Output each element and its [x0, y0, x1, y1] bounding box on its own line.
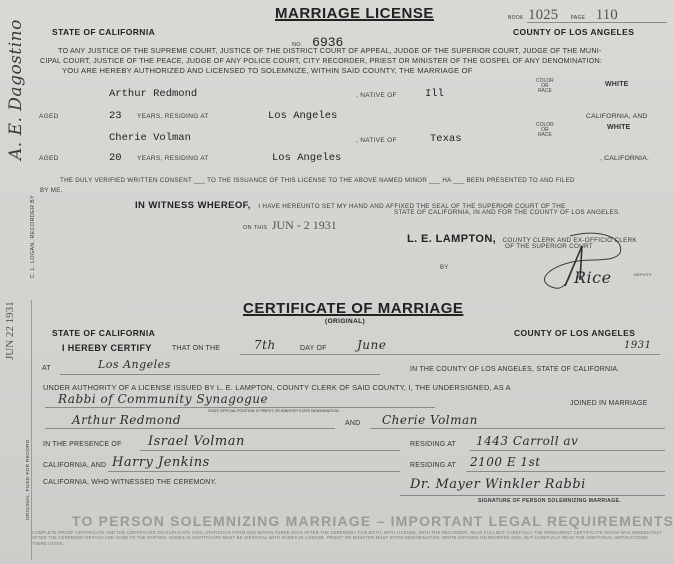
county-state-text: IN THE COUNTY OF LOS ANGELES, STATE OF C…: [410, 366, 619, 373]
joined-label: JOINED IN MARRIAGE: [570, 400, 648, 407]
bride-native-label: , NATIVE OF: [356, 137, 397, 144]
officiant-signature-line: [400, 495, 665, 496]
certificate-subtitle: (ORIGINAL): [325, 318, 365, 325]
and-label: AND: [345, 420, 360, 427]
margin-recorded-by: C. L. LOGAN, RECORDER BY: [30, 195, 36, 278]
day-of-label: DAY OF: [300, 345, 327, 352]
officiant-role: Rabbi of Community Synagogue: [58, 392, 268, 406]
bride-native-of: Texas: [430, 133, 462, 145]
book-value: 1025: [528, 7, 558, 23]
margin-filed-label: ORIGINAL, FILED FOR RECORD: [26, 439, 31, 520]
certify-month: June: [357, 338, 386, 352]
on-this-label: ON THIS: [243, 225, 267, 231]
margin-recorder-signature: A. E. Dagostino: [6, 19, 26, 160]
license-title: MARRIAGE LICENSE: [275, 5, 434, 22]
deputy-signature: Rice: [574, 268, 612, 287]
issue-date-row: ON THIS JUN - 2 1931: [243, 216, 337, 234]
witness2-name: Harry Jenkins: [112, 455, 210, 470]
groom-name: Arthur Redmond: [109, 88, 197, 100]
bride-color-race-label: COLORORRACE: [536, 123, 554, 138]
witness-whereof-bold: IN WITNESS WHEREOF,: [135, 200, 251, 211]
presence-label: IN THE PRESENCE OF: [43, 441, 122, 448]
preamble-line-1: To Any Justice of the Supreme Court, Jus…: [58, 46, 602, 55]
officiant-signature: Dr. Mayer Winkler Rabbi: [410, 477, 586, 492]
place-line: [60, 374, 380, 375]
groom-residing-label: YEARS, RESIDING AT: [137, 113, 209, 120]
preamble-line-2: cipal Court, Justice of the Peace, Judge…: [40, 56, 602, 65]
bride-age: 20: [109, 152, 122, 164]
witness1-address: 1443 Carroll av: [476, 434, 578, 448]
witness2-residing-label: RESIDING AT: [410, 462, 456, 469]
witness1-residing-label: RESIDING AT: [410, 441, 456, 448]
page-label: PAGE: [571, 15, 586, 21]
certify-day: 7th: [254, 338, 276, 352]
witness1-address-line: [470, 450, 665, 451]
bride-race: WHITE: [607, 124, 631, 131]
footer-fine-print: Complete proof certificate and the certi…: [32, 530, 662, 546]
officiant-role-line: [45, 407, 435, 408]
certify-text: THAT ON THE: [172, 345, 220, 352]
groom-color-race-label: COLORORRACE: [536, 79, 554, 94]
bride-residence: Los Angeles: [272, 152, 341, 164]
witness2-address-line: [466, 471, 665, 472]
witness-whereof-text-2: STATE OF CALIFORNIA, IN AND FOR THE COUN…: [394, 209, 621, 216]
witness2-line: [108, 471, 400, 472]
certificate-title: CERTIFICATE OF MARRIAGE: [243, 300, 463, 317]
bride-signature: Cherie Volman: [382, 413, 478, 427]
issue-date: JUN - 2 1931: [272, 218, 337, 232]
bride-residing-label: YEARS, RESIDING AT: [137, 155, 209, 162]
witnessed-label: CALIFORNIA, WHO WITNESSED THE CEREMONY.: [43, 479, 217, 486]
license-county: COUNTY OF LOS ANGELES: [513, 27, 634, 37]
consent-line-1: THE DULY VERIFIED WRITTEN CONSENT ___ TO…: [60, 177, 575, 184]
at-label: AT: [42, 365, 51, 372]
book-underline: [527, 22, 667, 23]
bride-state-suffix: , CALIFORNIA.: [600, 155, 649, 162]
certificate-county: COUNTY OF LOS ANGELES: [514, 328, 635, 338]
groom-signature-line: [45, 428, 335, 429]
deputy-label: DEPUTY: [634, 272, 652, 277]
book-label: BOOK: [508, 15, 524, 21]
license-state: STATE OF CALIFORNIA: [52, 27, 155, 37]
groom-signature: Arthur Redmond: [72, 413, 181, 427]
preamble-line-3: YOU ARE HEREBY AUTHORIZED AND LICENSED T…: [62, 66, 473, 75]
certify-bold: I HEREBY CERTIFY: [62, 343, 152, 353]
clerk-name: L. E. LAMPTON,: [407, 233, 496, 245]
groom-residence: Los Angeles: [268, 110, 337, 122]
groom-aged-label: AGED: [39, 113, 59, 120]
margin-date-stamp: JUN 22 1931: [4, 301, 16, 360]
margin-rule: [31, 300, 32, 560]
bride-aged-label: AGED: [39, 155, 59, 162]
groom-state-suffix: CALIFORNIA, AND: [586, 113, 648, 120]
witness2-address: 2100 E 1st: [470, 455, 541, 469]
footer-heading: TO PERSON SOLEMNIZING MARRIAGE – IMPORTA…: [72, 513, 674, 529]
groom-native-of: Ill: [425, 88, 444, 100]
groom-native-label: , NATIVE OF: [356, 92, 397, 99]
consent-line-2: BY ME.: [40, 187, 63, 194]
groom-age: 23: [109, 110, 122, 122]
date-line: [240, 354, 660, 355]
certificate-state: STATE OF CALIFORNIA: [52, 328, 155, 338]
by-label: BY: [440, 265, 449, 271]
bride-signature-line: [370, 428, 665, 429]
california-and-label: CALIFORNIA, AND: [43, 462, 106, 469]
certify-year: 1931: [624, 340, 651, 351]
marriage-record-page: A. E. Dagostino C. L. LOGAN, RECORDER BY…: [0, 0, 674, 564]
bride-name: Cherie Volman: [109, 132, 191, 144]
groom-race: WHITE: [605, 81, 629, 88]
certify-place: Los Angeles: [98, 358, 171, 371]
signature-caption: SIGNATURE OF PERSON SOLEMNIZING MARRIAGE…: [478, 498, 621, 504]
authority-text: UNDER AUTHORITY OF A LICENSE ISSUED BY L…: [43, 383, 511, 392]
witness1-name: Israel Volman: [148, 434, 245, 449]
witness1-line: [140, 450, 400, 451]
page-value: 110: [596, 7, 618, 23]
officiant-role-caption: STATE OFFICIAL POSITION, IF PRIEST OR MI…: [208, 409, 339, 413]
